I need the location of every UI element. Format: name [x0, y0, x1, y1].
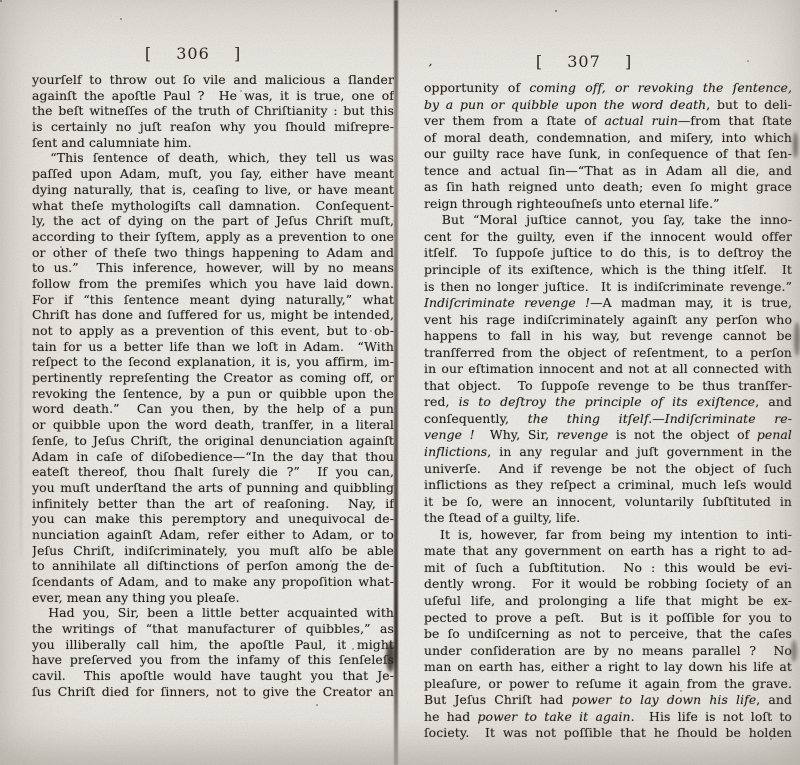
text-line: red, is to deſtroy the principle of its … [424, 394, 792, 411]
text-line: againſt the apoſtle Paul ? He was, it is… [32, 88, 394, 104]
page-307: [ 307 ] opportunity of coming off, or re… [424, 52, 792, 742]
text-line: is then no longer juſtice. It is indiſcr… [424, 279, 792, 296]
text-line: “This ſentence of death, which, they tel… [32, 150, 394, 166]
text-line: not to apply as a prevention of this eve… [32, 323, 394, 339]
body-text: dently wrong. For it would be robbing ſo… [424, 576, 792, 591]
text-line: cent for the guilty, even if the innocen… [424, 229, 792, 246]
text-line: ſociety. It was not poſſible that he ſho… [424, 725, 792, 742]
body-text: Chriſt has done and ſuffered for us, mig… [32, 307, 394, 322]
text-line: pleaſure, or power to reſume it again fr… [424, 676, 792, 693]
body-text: to annihilate all diſtinctions of perſon… [32, 558, 394, 573]
text-line: ly, the act of dying on the part of Jeſu… [32, 213, 394, 229]
text-line: follow from the premiſes which you have … [32, 276, 394, 292]
body-text: tain for us a better life than we loſt i… [32, 339, 394, 354]
body-text: ever, mean any thing you pleaſe. [32, 590, 240, 605]
text-line: infinitely better than the art of reaſon… [32, 496, 394, 512]
text-line: you muſt underſtand the arts of punning … [32, 480, 394, 496]
body-text: —A madman may, it is true, [590, 295, 792, 310]
page-number-heading-right: [ 307 ] [400, 52, 768, 71]
text-line: what theſe mythologiſts call damnation. … [32, 198, 394, 214]
body-text: man on earth has, either a right to lay … [424, 659, 792, 674]
text-line: opportunity of coming off, or revoking t… [424, 80, 792, 97]
text-line: revoking the ſentence, by a pun or quibb… [32, 386, 394, 402]
italic-text: inflictions [424, 444, 487, 459]
text-line: is certainly no juſt reaſon why you ſhou… [32, 119, 394, 135]
text-line: Indiſcriminate revenge !—A madman may, i… [424, 295, 792, 312]
text-line: univerſe. And if revenge be not the obje… [424, 461, 792, 478]
body-text: is certainly no juſt reaſon why you ſhou… [32, 119, 394, 134]
ink-smudge [794, 322, 800, 356]
text-line: ſenſe, to Jeſus Chriſt, the original den… [32, 433, 394, 449]
body-text: pertinently repreſenting the Creator as … [32, 370, 394, 385]
body-text: is then no longer juſtice. It is indiſcr… [424, 279, 792, 294]
text-line: as ſin hath reigned unto death; even ſo … [424, 179, 792, 196]
text-line: principle of its exiſtence, which is the… [424, 262, 792, 279]
body-text: . His life is not loſt to [631, 709, 792, 724]
text-line: or other of theſe two things happening t… [32, 245, 394, 261]
body-text: infinitely better than the art of reaſon… [32, 496, 394, 511]
body-text: cent for the guilty, even if the innocen… [424, 229, 792, 244]
text-line: ever, mean any thing you pleaſe. [32, 590, 394, 606]
text-line: uſeful life, and prolonging a life that … [424, 593, 792, 610]
italic-text: actual ruin [604, 113, 677, 128]
body-text: But Jeſus Chriſt had [424, 692, 572, 707]
body-text: mate that any government on earth has a … [424, 543, 792, 558]
text-line: be ſo undiſcerning as not to perceive, t… [424, 626, 792, 643]
body-text: cavil. This apoſtle would have taught yo… [32, 668, 394, 683]
body-text: our guilty race have ſunk, in conſequenc… [424, 146, 792, 161]
text-line: you can make this peremptory and unequiv… [32, 511, 394, 527]
body-text: it be ſo, were an innocent, voluntarily … [424, 494, 792, 509]
text-line: But “Moral juſtice cannot, you ſay, take… [424, 212, 792, 229]
text-line: eateſt thereof, thou ſhalt ſurely die ?”… [32, 464, 394, 480]
ink-smudge [386, 642, 395, 672]
body-text: tranſferred from the object of reſentmen… [424, 345, 792, 360]
body-text: red, [424, 394, 459, 409]
text-line: tranſferred from the object of reſentmen… [424, 345, 792, 362]
body-text: in our eſtimation innocent and not at al… [424, 361, 792, 376]
body-text: ſociety. It was not poſſible that he ſho… [424, 725, 792, 740]
body-text: ſcendants of Adam, and to make any propo… [32, 574, 394, 589]
body-text: pleaſure, or power to reſume it again fr… [424, 676, 792, 691]
body-text: you muſt underſtand the arts of punning … [32, 480, 394, 495]
body-text: inflictions as they reſpect a criminal, … [424, 477, 792, 492]
text-line: ſent and calumniate him. [32, 135, 394, 151]
body-text: Had you, Sir, been a little better acqua… [32, 605, 394, 620]
italic-text: coming off, or revoking the ſentence, [529, 80, 792, 95]
body-text: mit of ſuch a ſubſtitution. No : this wo… [424, 560, 792, 575]
body-text: For if “this ſentence meant dying natura… [32, 292, 394, 307]
body-text: revoking the ſentence, by a pun or quibb… [32, 386, 394, 401]
text-line: in our eſtimation innocent and not at al… [424, 361, 792, 378]
text-line: inflictions, in any regular and juſt gov… [424, 444, 792, 461]
italic-text: venge ! [424, 427, 475, 442]
body-text: vent his rage indiſcriminately againſt a… [424, 312, 792, 327]
body-text: follow from the premiſes which you have … [32, 276, 394, 291]
text-line: yourſelf to throw out ſo vile and malici… [32, 72, 394, 88]
body-text: Jeſus Chriſt, indiſcriminately, you muſt… [32, 543, 394, 558]
text-line: reign through righteouſneſs unto eternal… [424, 196, 792, 213]
text-line: by a pun or quibble upon the word death,… [424, 97, 792, 114]
body-text: dying naturally, that is, ceaſing to liv… [32, 182, 394, 197]
text-line: conſequently, the thing itſelf.—Indiſcri… [424, 411, 792, 428]
text-line: ſus Chriſt died for ſinners, not to give… [32, 684, 394, 700]
book-scan: { "colors": { "paper": "#e9e7e1", "ink":… [0, 0, 800, 765]
body-text: paſſed upon Adam, muſt, you ſay, either … [32, 166, 394, 181]
text-line: or quibble upon the word death, tranſfer… [32, 417, 394, 433]
body-text: “This ſentence of death, which, they tel… [32, 150, 394, 165]
text-line: the writings of “that manufacturer of qu… [32, 621, 394, 637]
body-text: nunciation againſt Adam, refer either to… [32, 527, 394, 542]
text-line: vent his rage indiſcriminately againſt a… [424, 312, 792, 329]
italic-text: is to deſtroy the principle of its exiſt… [459, 394, 756, 409]
body-text: have preſerved you from the infamy of th… [32, 652, 394, 667]
body-text: to us.” This inference, however, will by… [32, 260, 394, 275]
body-text: againſt the apoſtle Paul ? He was, it is… [32, 88, 394, 103]
text-line: dying naturally, that is, ceaſing to liv… [32, 182, 394, 198]
body-text: uſeful life, and prolonging a life that … [424, 593, 792, 608]
body-text: reign through righteouſneſs unto eternal… [424, 196, 720, 211]
text-line: our guilty race have ſunk, in conſequenc… [424, 146, 792, 163]
italic-text: power to take it again [478, 709, 631, 724]
body-text: is not the object of [608, 427, 757, 442]
body-text: under conſideration are by no means para… [424, 643, 792, 658]
text-line: paſſed upon Adam, muſt, you ſay, either … [32, 166, 394, 182]
body-text: ver them from a ſtate of [424, 113, 604, 128]
body-text: that object. To ſuppoſe revenge to be th… [424, 378, 792, 393]
text-line: have preſerved you from the infamy of th… [32, 652, 394, 668]
body-text: Adam in caſe of diſobedience—“In the day… [32, 449, 394, 464]
body-text: , but to deli- [706, 97, 792, 112]
body-text: as ſin hath reigned unto death; even ſo … [424, 179, 792, 194]
text-line: mit of ſuch a ſubſtitution. No : this wo… [424, 560, 792, 577]
text-line: of moral death, condemnation, and miſery… [424, 130, 792, 147]
body-text: , and [756, 692, 792, 707]
body-text: univerſe. And if revenge be not the obje… [424, 461, 792, 476]
page-306: [ 306 ] yourſelf to throw out ſo vile an… [32, 44, 394, 700]
text-line: tence and actual ſin—“That as in Adam al… [424, 163, 792, 180]
body-text: according to their ſyſtem, apply as a pr… [32, 229, 394, 244]
text-line: happens to fall in his way, but revenge … [424, 328, 792, 345]
body-text: the beſt witneſſes of the truth of Chriſ… [32, 103, 394, 118]
body-text: yourſelf to throw out ſo vile and malici… [32, 72, 394, 87]
text-line: to annihilate all diſtinctions of perſon… [32, 558, 394, 574]
text-line: inflictions as they reſpect a criminal, … [424, 477, 792, 494]
text-line: pected to prove a peſt. But is it poſſib… [424, 610, 792, 627]
text-line: tain for us a better life than we loſt i… [32, 339, 394, 355]
text-line: under conſideration are by no means para… [424, 643, 792, 660]
body-text: conſequently, [424, 411, 528, 426]
body-text: the writings of “that manufacturer of qu… [32, 621, 394, 636]
text-line: nunciation againſt Adam, refer either to… [32, 527, 394, 543]
text-line: you illiberally call him, the apoſtle Pa… [32, 637, 394, 653]
text-line: For if “this ſentence meant dying natura… [32, 292, 394, 308]
italic-text: Indiſcriminate revenge ! [424, 295, 590, 310]
body-text: what theſe mythologiſts call damnation. … [32, 198, 394, 213]
body-text: or quibble upon the word death, tranſfer… [32, 417, 394, 432]
text-line: the beſt witneſſes of the truth of Chriſ… [32, 103, 394, 119]
body-text: be ſo undiſcerning as not to perceive, t… [424, 626, 792, 641]
text-line: man on earth has, either a right to lay … [424, 659, 792, 676]
page-306-text-column: yourſelf to throw out ſo vile and malici… [32, 72, 394, 700]
text-line: venge ! Why, Sir, revenge is not the obj… [424, 427, 792, 444]
text-line: itſelf. To ſuppoſe juſtice to do this, i… [424, 245, 792, 262]
body-text: eateſt thereof, thou ſhalt ſurely die ?”… [32, 464, 394, 479]
body-text: , in any regular and juſt government in … [487, 444, 792, 459]
body-text: ſenſe, to Jeſus Chriſt, the original den… [32, 433, 394, 448]
text-line: ſcendants of Adam, and to make any propo… [32, 574, 394, 590]
text-line: Had you, Sir, been a little better acqua… [32, 605, 394, 621]
page-number-heading-left: [ 306 ] [12, 44, 374, 63]
body-text: pected to prove a peſt. But is it poſſib… [424, 610, 792, 625]
italic-text: penal [757, 427, 792, 442]
text-line: Adam in caſe of diſobedience—“In the day… [32, 449, 394, 465]
body-text: , and [755, 394, 792, 409]
body-text: It is, however, far from being my intent… [424, 527, 792, 542]
text-line: he had power to take it again. His life … [424, 709, 792, 726]
body-text: ſus Chriſt died for ſinners, not to give… [32, 684, 394, 699]
italic-text: revenge [557, 427, 609, 442]
text-line: that object. To ſuppoſe revenge to be th… [424, 378, 792, 395]
body-text: itſelf. To ſuppoſe juſtice to do this, i… [424, 245, 792, 260]
text-line: word death.” Can you then, by the help o… [32, 401, 394, 417]
text-line: It is, however, far from being my intent… [424, 527, 792, 544]
body-text: Why, Sir, [475, 427, 557, 442]
text-line: But Jeſus Chriſt had power to lay down h… [424, 692, 792, 709]
text-line: reſpect to the ſecond explanation, it is… [32, 354, 394, 370]
body-text: ſent and calumniate him. [32, 135, 192, 150]
body-text: he had [424, 709, 478, 724]
ink-smudge [793, 132, 798, 158]
page-307-text-column: opportunity of coming off, or revoking t… [424, 80, 792, 742]
body-text: happens to fall in his way, but revenge … [424, 328, 792, 343]
body-text: reſpect to the ſecond explanation, it is… [32, 354, 394, 369]
body-text: word death.” Can you then, by the help o… [32, 401, 394, 416]
italic-text: the thing itſelf.—Indiſcriminate re- [528, 411, 792, 426]
body-text: the ſtead of a guilty, life. [424, 510, 580, 525]
body-text: you can make this peremptory and unequiv… [32, 511, 394, 526]
body-text: tence and actual ſin—“That as in Adam al… [424, 163, 792, 178]
text-line: Jeſus Chriſt, indiſcriminately, you muſt… [32, 543, 394, 559]
body-text: or other of theſe two things happening t… [32, 245, 394, 260]
text-line: it be ſo, were an innocent, voluntarily … [424, 494, 792, 511]
page-edge-line [20, 300, 22, 560]
text-line: cavil. This apoſtle would have taught yo… [32, 668, 394, 684]
italic-text: power to lay down his life [572, 692, 757, 707]
text-line: pertinently repreſenting the Creator as … [32, 370, 394, 386]
italic-text: by a pun or quibble upon the word death [424, 97, 706, 112]
text-line: the ſtead of a guilty, life. [424, 510, 792, 527]
dust-specks [0, 0, 2, 2]
text-line: to us.” This inference, however, will by… [32, 260, 394, 276]
body-text: not to apply as a prevention of this eve… [32, 323, 394, 338]
text-line: mate that any government on earth has a … [424, 543, 792, 560]
body-text: you illiberally call him, the apoſtle Pa… [32, 637, 394, 652]
ink-smudge [791, 640, 797, 662]
body-text: —from that ſtate [678, 113, 792, 128]
text-line: according to their ſyſtem, apply as a pr… [32, 229, 394, 245]
body-text: ly, the act of dying on the part of Jeſu… [32, 213, 394, 228]
body-text: opportunity of [424, 80, 529, 95]
text-line: Chriſt has done and ſuffered for us, mig… [32, 307, 394, 323]
text-line: ver them from a ſtate of actual ruin—fro… [424, 113, 792, 130]
body-text: principle of its exiſtence, which is the… [424, 262, 792, 277]
text-line: dently wrong. For it would be robbing ſo… [424, 576, 792, 593]
body-text: But “Moral juſtice cannot, you ſay, take… [424, 212, 792, 227]
scanned-book-spread: [ 306 ] yourſelf to throw out ſo vile an… [0, 0, 800, 765]
body-text: of moral death, condemnation, and miſery… [424, 130, 792, 145]
